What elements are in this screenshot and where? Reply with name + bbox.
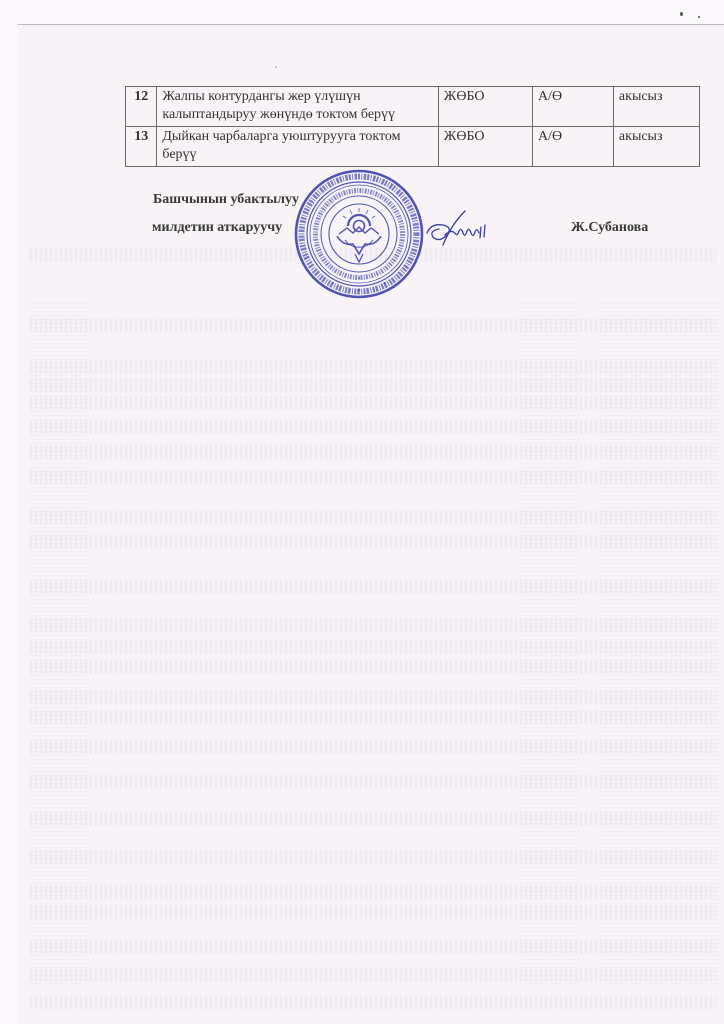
- signatory-name: Ж.Субанова: [571, 220, 648, 236]
- service-fee: акысыз: [613, 87, 699, 127]
- service-name: Жалпы контурдангы жер үлүшүн калыптандыр…: [157, 87, 438, 127]
- speck: [680, 12, 683, 16]
- table-row: 13 Дыйкан чарбаларга уюштурууга токтом б…: [126, 127, 700, 167]
- authority: ЖӨБО: [438, 127, 532, 167]
- speck: [275, 66, 277, 68]
- row-number: 13: [126, 127, 157, 167]
- service-fee: акысыз: [613, 127, 699, 167]
- handwritten-signature-icon: [425, 205, 505, 255]
- authority: ЖӨБО: [438, 87, 532, 127]
- service-name: Дыйкан чарбаларга уюштурууга токтом берү…: [157, 127, 438, 167]
- official-seal-icon: [293, 168, 425, 300]
- services-table: 12 Жалпы контурдангы жер үлүшүн калыптан…: [125, 86, 700, 167]
- signatory-title-line1: Башчынын убактылуу: [153, 192, 299, 208]
- row-number: 12: [126, 87, 157, 127]
- service-form: А/Ө: [532, 127, 613, 167]
- service-form: А/Ө: [532, 87, 613, 127]
- speck: [698, 16, 700, 18]
- table-row: 12 Жалпы контурдангы жер үлүшүн калыптан…: [126, 87, 700, 127]
- signatory-title-line2: милдетин аткаруучу: [152, 220, 282, 236]
